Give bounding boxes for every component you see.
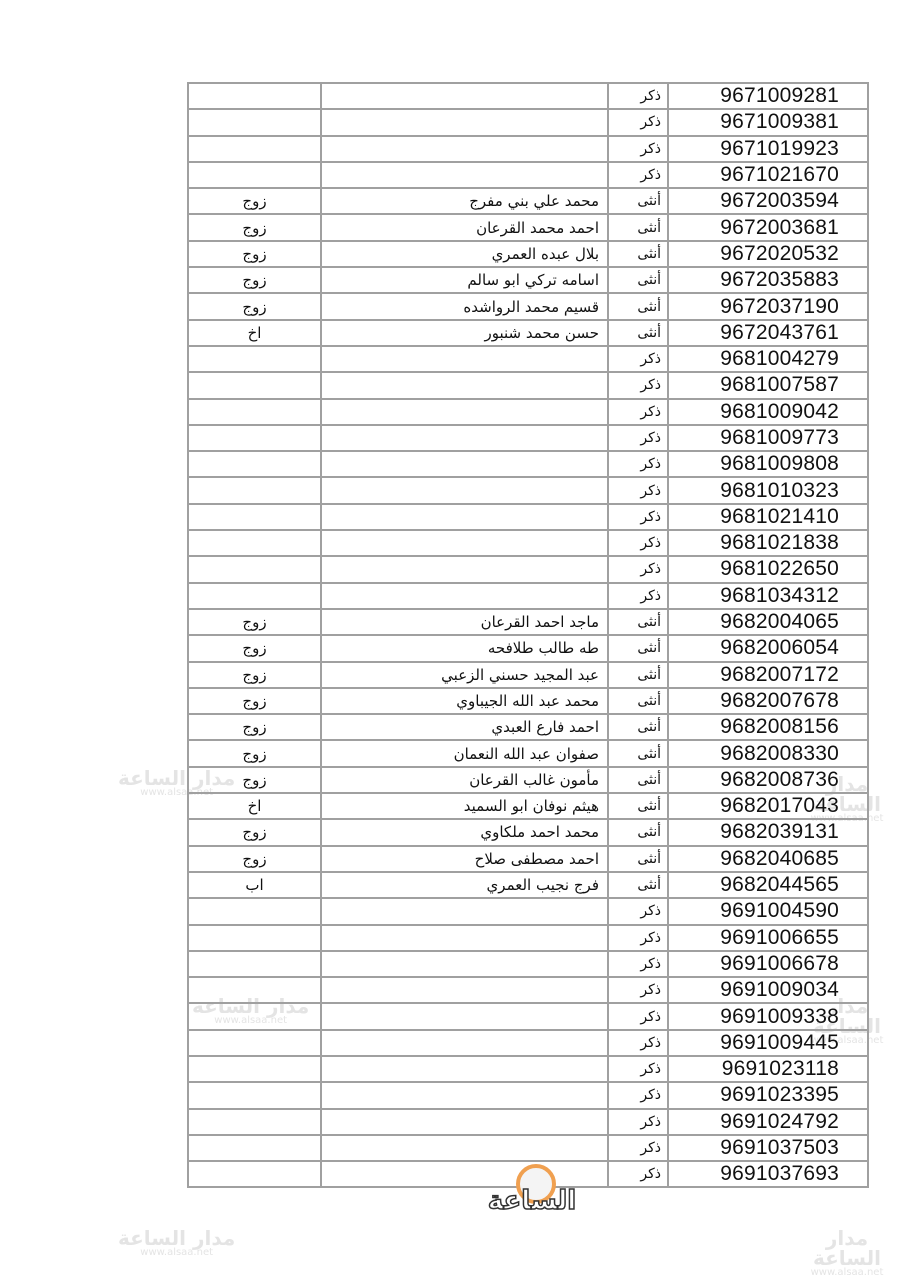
relation-cell: اخ <box>188 320 321 346</box>
table-body: ذكر9671009281ذكر9671009381ذكر9671019923ذ… <box>188 83 868 1187</box>
guardian-name-cell: محمد عبد الله الجيباوي <box>321 688 608 714</box>
relation-cell <box>188 556 321 582</box>
table-row: ذكر9691009445 <box>188 1030 868 1056</box>
national-id-cell: 9682006054 <box>668 635 868 661</box>
relation-cell <box>188 1056 321 1082</box>
gender-cell: ذكر <box>608 1030 668 1056</box>
table-row: زوجطه طالب طلافحهأنثى9682006054 <box>188 635 868 661</box>
data-table-container: ذكر9671009281ذكر9671009381ذكر9671019923ذ… <box>187 82 829 1188</box>
gender-cell: ذكر <box>608 1135 668 1161</box>
gender-cell: أنثى <box>608 293 668 319</box>
guardian-name-cell <box>321 1003 608 1029</box>
guardian-name-cell <box>321 951 608 977</box>
gender-cell: ذكر <box>608 583 668 609</box>
watermark-bottom-left: مدار الساعة www.alsaa.net <box>118 1228 235 1258</box>
table-row: زوجقسيم محمد الرواشدهأنثى9672037190 <box>188 293 868 319</box>
guardian-name-cell <box>321 162 608 188</box>
national-id-cell: 9682039131 <box>668 819 868 845</box>
relation-cell: زوج <box>188 241 321 267</box>
table-row: زوجعبد المجيد حسني الزعبيأنثى9682007172 <box>188 662 868 688</box>
table-row: زوجاحمد محمد القرعانأنثى9672003681 <box>188 214 868 240</box>
watermark-url: www.alsaa.net <box>790 1268 904 1278</box>
table-row: زوجماجد احمد القرعانأنثى9682004065 <box>188 609 868 635</box>
gender-cell: أنثى <box>608 793 668 819</box>
gender-cell: ذكر <box>608 451 668 477</box>
relation-cell <box>188 136 321 162</box>
guardian-name-cell: طه طالب طلافحه <box>321 635 608 661</box>
gender-cell: ذكر <box>608 1056 668 1082</box>
guardian-name-cell <box>321 372 608 398</box>
national-id-cell: 9691009445 <box>668 1030 868 1056</box>
gender-cell: أنثى <box>608 267 668 293</box>
gender-cell: ذكر <box>608 109 668 135</box>
gender-cell: أنثى <box>608 188 668 214</box>
site-logo: الساعة <box>472 1164 592 1224</box>
table-row: ذكر9691023118 <box>188 1056 868 1082</box>
national-id-cell: 9672003594 <box>668 188 868 214</box>
relation-cell <box>188 951 321 977</box>
gender-cell: أنثى <box>608 662 668 688</box>
national-id-cell: 9691009034 <box>668 977 868 1003</box>
national-id-cell: 9672043761 <box>668 320 868 346</box>
relation-cell: زوج <box>188 688 321 714</box>
gender-cell: أنثى <box>608 214 668 240</box>
national-id-cell: 9671021670 <box>668 162 868 188</box>
watermark-bottom-right: مدار الساعة www.alsaa.net <box>790 1228 904 1278</box>
watermark-title: مدار الساعة <box>118 1228 235 1248</box>
relation-cell <box>188 504 321 530</box>
national-id-cell: 9681009773 <box>668 425 868 451</box>
national-id-cell: 9681010323 <box>668 477 868 503</box>
gender-cell: أنثى <box>608 635 668 661</box>
national-id-cell: 9681022650 <box>668 556 868 582</box>
relation-cell: زوج <box>188 819 321 845</box>
national-id-cell: 9691024792 <box>668 1109 868 1135</box>
guardian-name-cell: صفوان عبد الله النعمان <box>321 740 608 766</box>
relation-cell <box>188 1003 321 1029</box>
guardian-name-cell <box>321 977 608 1003</box>
national-id-cell: 9672003681 <box>668 214 868 240</box>
guardian-name-cell: محمد علي بني مفرج <box>321 188 608 214</box>
guardian-name-cell <box>321 1109 608 1135</box>
national-id-cell: 9672035883 <box>668 267 868 293</box>
guardian-name-cell <box>321 477 608 503</box>
national-id-cell: 9691023118 <box>668 1056 868 1082</box>
gender-cell: أنثى <box>608 872 668 898</box>
table-row: ذكر9681010323 <box>188 477 868 503</box>
table-row: زوجمحمد احمد ملكاويأنثى9682039131 <box>188 819 868 845</box>
national-id-cell: 9671009281 <box>668 83 868 109</box>
relation-cell: زوج <box>188 846 321 872</box>
guardian-name-cell <box>321 1030 608 1056</box>
table-row: ذكر9691037503 <box>188 1135 868 1161</box>
relation-cell: زوج <box>188 740 321 766</box>
table-row: ذكر9681004279 <box>188 346 868 372</box>
guardian-name-cell <box>321 925 608 951</box>
guardian-name-cell: هيثم نوفان ابو السميد <box>321 793 608 819</box>
relation-cell <box>188 346 321 372</box>
relation-cell <box>188 583 321 609</box>
national-id-cell: 9672020532 <box>668 241 868 267</box>
gender-cell: ذكر <box>608 1003 668 1029</box>
table-row: ذكر9681009808 <box>188 451 868 477</box>
gender-cell: أنثى <box>608 320 668 346</box>
relation-cell: زوج <box>188 214 321 240</box>
table-row: ذكر9691006655 <box>188 925 868 951</box>
table-row: ذكر9671019923 <box>188 136 868 162</box>
national-id-cell: 9681007587 <box>668 372 868 398</box>
gender-cell: ذكر <box>608 504 668 530</box>
relation-cell: زوج <box>188 767 321 793</box>
gender-cell: ذكر <box>608 556 668 582</box>
relation-cell <box>188 925 321 951</box>
table-row: ذكر9681034312 <box>188 583 868 609</box>
guardian-name-cell <box>321 451 608 477</box>
relation-cell <box>188 477 321 503</box>
guardian-name-cell <box>321 425 608 451</box>
table-row: ذكر9681021410 <box>188 504 868 530</box>
guardian-name-cell: مأمون غالب القرعان <box>321 767 608 793</box>
national-id-cell: 9671009381 <box>668 109 868 135</box>
national-id-cell: 9682008156 <box>668 714 868 740</box>
national-id-cell: 9682007172 <box>668 662 868 688</box>
gender-cell: ذكر <box>608 1161 668 1187</box>
national-id-cell: 9691037693 <box>668 1161 868 1187</box>
national-id-cell: 9682040685 <box>668 846 868 872</box>
gender-cell: أنثى <box>608 767 668 793</box>
relation-cell: زوج <box>188 714 321 740</box>
relation-cell: زوج <box>188 609 321 635</box>
gender-cell: ذكر <box>608 898 668 924</box>
table-row: ذكر9681009773 <box>188 425 868 451</box>
guardian-name-cell <box>321 1056 608 1082</box>
guardian-name-cell: اسامه تركي ابو سالم <box>321 267 608 293</box>
relation-cell <box>188 1135 321 1161</box>
relation-cell <box>188 1109 321 1135</box>
national-id-cell: 9682044565 <box>668 872 868 898</box>
guardian-name-cell: بلال عبده العمري <box>321 241 608 267</box>
national-id-cell: 9682007678 <box>668 688 868 714</box>
guardian-name-cell <box>321 504 608 530</box>
guardian-name-cell: حسن محمد شنبور <box>321 320 608 346</box>
national-id-cell: 9691009338 <box>668 1003 868 1029</box>
beneficiary-table: ذكر9671009281ذكر9671009381ذكر9671019923ذ… <box>187 82 869 1188</box>
table-row: ذكر9671009381 <box>188 109 868 135</box>
table-row: ذكر9681009042 <box>188 399 868 425</box>
guardian-name-cell <box>321 530 608 556</box>
relation-cell: اخ <box>188 793 321 819</box>
table-row: اخهيثم نوفان ابو السميدأنثى9682017043 <box>188 793 868 819</box>
table-row: زوجاحمد مصطفى صلاحأنثى9682040685 <box>188 846 868 872</box>
national-id-cell: 9691006678 <box>668 951 868 977</box>
relation-cell <box>188 898 321 924</box>
national-id-cell: 9671019923 <box>668 136 868 162</box>
relation-cell: زوج <box>188 293 321 319</box>
table-row: ذكر9691006678 <box>188 951 868 977</box>
national-id-cell: 9681034312 <box>668 583 868 609</box>
relation-cell: زوج <box>188 188 321 214</box>
gender-cell: ذكر <box>608 977 668 1003</box>
table-row: ذكر9691009034 <box>188 977 868 1003</box>
national-id-cell: 9682008736 <box>668 767 868 793</box>
relation-cell: اب <box>188 872 321 898</box>
gender-cell: أنثى <box>608 714 668 740</box>
table-row: اخحسن محمد شنبورأنثى9672043761 <box>188 320 868 346</box>
table-row: ذكر9681007587 <box>188 372 868 398</box>
table-row: ذكر9681022650 <box>188 556 868 582</box>
relation-cell <box>188 83 321 109</box>
table-row: ذكر9681021838 <box>188 530 868 556</box>
guardian-name-cell: احمد فارع العبدي <box>321 714 608 740</box>
table-row: زوجاحمد فارع العبديأنثى9682008156 <box>188 714 868 740</box>
gender-cell: ذكر <box>608 399 668 425</box>
relation-cell: زوج <box>188 267 321 293</box>
guardian-name-cell: احمد مصطفى صلاح <box>321 846 608 872</box>
table-row: ابفرج نجيب العمريأنثى9682044565 <box>188 872 868 898</box>
national-id-cell: 9691006655 <box>668 925 868 951</box>
relation-cell <box>188 1161 321 1187</box>
gender-cell: ذكر <box>608 346 668 372</box>
gender-cell: ذكر <box>608 162 668 188</box>
table-row: ذكر9691009338 <box>188 1003 868 1029</box>
national-id-cell: 9691004590 <box>668 898 868 924</box>
table-row: زوجصفوان عبد الله النعمانأنثى9682008330 <box>188 740 868 766</box>
gender-cell: أنثى <box>608 688 668 714</box>
gender-cell: أنثى <box>608 846 668 872</box>
national-id-cell: 9682017043 <box>668 793 868 819</box>
national-id-cell: 9681004279 <box>668 346 868 372</box>
table-row: ذكر9671009281 <box>188 83 868 109</box>
gender-cell: أنثى <box>608 819 668 845</box>
relation-cell <box>188 1030 321 1056</box>
table-row: ذكر9691023395 <box>188 1082 868 1108</box>
national-id-cell: 9682008330 <box>668 740 868 766</box>
guardian-name-cell <box>321 83 608 109</box>
relation-cell: زوج <box>188 662 321 688</box>
logo-text: الساعة <box>472 1186 592 1216</box>
guardian-name-cell <box>321 399 608 425</box>
guardian-name-cell <box>321 556 608 582</box>
gender-cell: ذكر <box>608 951 668 977</box>
national-id-cell: 9672037190 <box>668 293 868 319</box>
guardian-name-cell: ماجد احمد القرعان <box>321 609 608 635</box>
gender-cell: ذكر <box>608 83 668 109</box>
gender-cell: ذكر <box>608 1109 668 1135</box>
relation-cell <box>188 162 321 188</box>
guardian-name-cell <box>321 109 608 135</box>
table-row: زوجمأمون غالب القرعانأنثى9682008736 <box>188 767 868 793</box>
guardian-name-cell <box>321 1082 608 1108</box>
table-row: ذكر9691024792 <box>188 1109 868 1135</box>
gender-cell: ذكر <box>608 925 668 951</box>
table-row: زوجبلال عبده العمريأنثى9672020532 <box>188 241 868 267</box>
gender-cell: ذكر <box>608 372 668 398</box>
watermark-title: مدار الساعة <box>790 1228 904 1268</box>
national-id-cell: 9681021838 <box>668 530 868 556</box>
guardian-name-cell: عبد المجيد حسني الزعبي <box>321 662 608 688</box>
relation-cell <box>188 399 321 425</box>
table-row: ذكر9671021670 <box>188 162 868 188</box>
table-row: زوجمحمد علي بني مفرجأنثى9672003594 <box>188 188 868 214</box>
relation-cell <box>188 425 321 451</box>
relation-cell <box>188 1082 321 1108</box>
gender-cell: ذكر <box>608 425 668 451</box>
relation-cell <box>188 109 321 135</box>
relation-cell <box>188 977 321 1003</box>
national-id-cell: 9681009808 <box>668 451 868 477</box>
gender-cell: ذكر <box>608 1082 668 1108</box>
guardian-name-cell <box>321 583 608 609</box>
relation-cell: زوج <box>188 635 321 661</box>
gender-cell: ذكر <box>608 136 668 162</box>
relation-cell <box>188 530 321 556</box>
table-row: ذكر9691004590 <box>188 898 868 924</box>
table-row: زوجمحمد عبد الله الجيباويأنثى9682007678 <box>188 688 868 714</box>
national-id-cell: 9681009042 <box>668 399 868 425</box>
relation-cell <box>188 451 321 477</box>
national-id-cell: 9691023395 <box>668 1082 868 1108</box>
guardian-name-cell <box>321 898 608 924</box>
gender-cell: ذكر <box>608 477 668 503</box>
guardian-name-cell <box>321 1135 608 1161</box>
guardian-name-cell <box>321 136 608 162</box>
guardian-name-cell: فرج نجيب العمري <box>321 872 608 898</box>
national-id-cell: 9681021410 <box>668 504 868 530</box>
gender-cell: أنثى <box>608 740 668 766</box>
guardian-name-cell <box>321 346 608 372</box>
table-row: زوجاسامه تركي ابو سالمأنثى9672035883 <box>188 267 868 293</box>
gender-cell: ذكر <box>608 530 668 556</box>
national-id-cell: 9682004065 <box>668 609 868 635</box>
gender-cell: أنثى <box>608 609 668 635</box>
guardian-name-cell: محمد احمد ملكاوي <box>321 819 608 845</box>
gender-cell: أنثى <box>608 241 668 267</box>
guardian-name-cell: قسيم محمد الرواشده <box>321 293 608 319</box>
national-id-cell: 9691037503 <box>668 1135 868 1161</box>
relation-cell <box>188 372 321 398</box>
guardian-name-cell: احمد محمد القرعان <box>321 214 608 240</box>
